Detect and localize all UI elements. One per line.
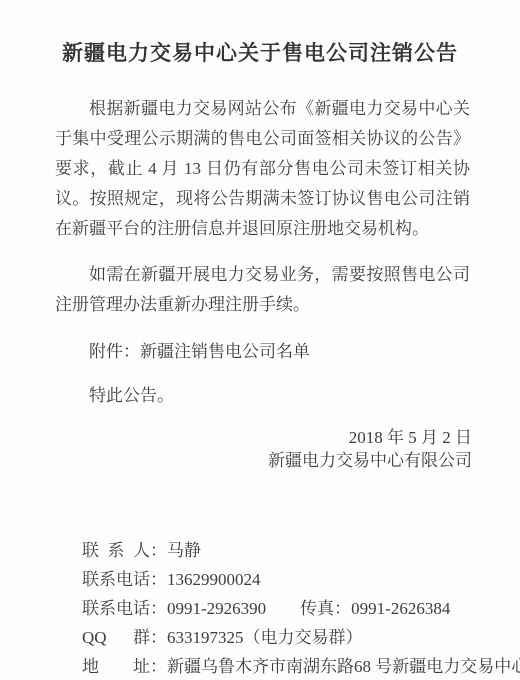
contact-info: 联系人：马静 联系电话：13629900024 联系电话：0991-292639… [82,536,490,680]
contact-label: 联系人 [82,536,150,565]
contact-row-mobile: 联系电话：13629900024 [82,565,490,594]
contact-value: 0991-2926390 [167,599,266,618]
contact-value: 新疆乌鲁木齐市南湖东路68 号新疆电力交易中心 [167,657,520,676]
document-date: 2018 年 5 月 2 日 [0,426,472,449]
contact-value: 633197325（电力交易群） [167,628,363,647]
contact-row-qq: QQ群：633197325（电力交易群） [82,623,490,652]
fax-value: 传真：0991-2626384 [300,599,450,618]
label-colon: ： [150,657,167,676]
contact-row-address: 地址：新疆乌鲁木齐市南湖东路68 号新疆电力交易中心 [82,652,490,680]
label-colon: ： [150,599,167,618]
contact-label: 地址 [82,652,150,680]
label-colon: ： [150,628,167,647]
contact-value: 马静 [167,541,201,560]
document-title: 新疆电力交易中心关于售电公司注销公告 [28,38,492,68]
label-colon: ： [150,570,167,589]
announcement-document: 新疆电力交易中心关于售电公司注销公告 根据新疆电力交易网站公布《新疆电力交易中心… [0,0,520,680]
signature-block: 2018 年 5 月 2 日 新疆电力交易中心有限公司 [0,426,472,472]
closing-line: 特此公告。 [55,381,470,411]
attachment-line: 附件：新疆注销售电公司名单 [55,337,470,367]
label-colon: ： [150,541,167,560]
contact-row-phone-fax: 联系电话：0991-2926390传真：0991-2626384 [82,594,490,623]
contact-row-person: 联系人：马静 [82,536,490,565]
contact-value: 13629900024 [167,570,261,589]
body-paragraph: 如需在新疆开展电力交易业务，需要按照售电公司注册管理办法重新办理注册手续。 [55,260,470,320]
contact-label: 联系电话 [82,594,150,623]
issuer-name: 新疆电力交易中心有限公司 [0,449,472,472]
contact-label: 联系电话 [82,565,150,594]
body-paragraph: 根据新疆电力交易网站公布《新疆电力交易中心关于集中受理公示期满的售电公司面签相关… [55,94,470,244]
document-body: 根据新疆电力交易网站公布《新疆电力交易中心关于集中受理公示期满的售电公司面签相关… [55,94,470,320]
contact-label: QQ群 [82,623,150,652]
